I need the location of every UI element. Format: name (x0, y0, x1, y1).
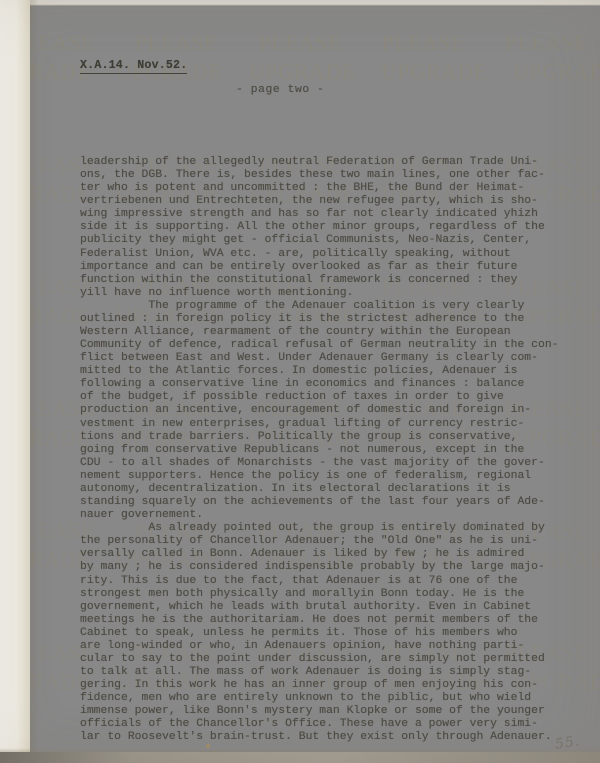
text-line: Western Alliance, rearmament of the coun… (80, 326, 585, 339)
text-line: tions and trade barriers. Politically th… (80, 431, 585, 444)
watermark-word: UPGRADE (513, 59, 600, 85)
text-line: autonomy, decentralization. In its elect… (80, 483, 585, 496)
text-line: Community of defence, radical refusal of… (80, 339, 585, 352)
text-line: following a conservative line in economi… (80, 378, 585, 391)
text-line: leadership of the allegedly neutral Fede… (80, 156, 585, 169)
document-reference: X.A.14. Nov.52. (80, 59, 187, 74)
text-line: production an incentive, encouragement o… (80, 404, 585, 417)
text-line: of the budget, if possible reduction of … (80, 391, 585, 404)
scanned-document-page: PLEASEPLEASEPLEASEPLEASEPLEASEUPGRADEUPG… (0, 0, 600, 763)
text-line: importance and can be entirely overlooke… (80, 261, 585, 274)
text-line: gering. In this work he has an inner gro… (80, 679, 585, 692)
watermark-word: PLEASE (505, 30, 588, 56)
text-line: Federalist Union, WVA etc. - are, politi… (80, 248, 585, 261)
text-line: officials of the Chancellor's Office. Th… (80, 718, 585, 731)
paper-crease (30, 0, 39, 753)
text-line: flict between East and West. Under Adena… (80, 352, 585, 365)
text-line: mitted to the Atlantic forces. In domest… (80, 365, 585, 378)
text-line: nauer governement. (80, 509, 585, 522)
watermark-word: UPGRADE (381, 59, 487, 85)
text-line: meetings he is the authoritariam. He doe… (80, 614, 585, 627)
text-line: rity. This is due to the fact, that Aden… (80, 575, 585, 588)
watermark-word: PLEASE (258, 30, 341, 56)
text-line: CDU - to all shades of Monarchists - the… (80, 457, 585, 470)
text-line: The programme of the Adenauer coalition … (80, 300, 585, 313)
text-line: As already pointed out, the group is ent… (80, 522, 585, 535)
text-line: wing impressive strength and has so far … (80, 208, 585, 221)
scan-edge-bottom (0, 752, 600, 763)
text-line: Cabinet to speak, unless he permits it. … (80, 627, 585, 640)
text-line: publicity they might get - official Comm… (80, 234, 585, 247)
watermark-word: PLEASE (382, 30, 465, 56)
text-line: vertriebenen und Entrechteten, the new r… (80, 195, 585, 208)
text-line: side it is supporting. All the other min… (80, 221, 585, 234)
text-line: fidence, men who are entirely unknown to… (80, 692, 585, 705)
scan-edge-left (0, 0, 30, 753)
text-line: outlined : in foreign policy it is the s… (80, 313, 585, 326)
text-line: vestment in new enterprises, gradual lif… (80, 418, 585, 431)
text-line: ter who is potent and uncommitted : the … (80, 182, 585, 195)
text-line: cular to say to the point under discussi… (80, 653, 585, 666)
watermark-word: UPGRADE (249, 59, 355, 85)
text-line: ons, the DGB. There is, besides these tw… (80, 169, 585, 182)
text-line: nement supporters. Hence the policy is o… (80, 470, 585, 483)
document-body: leadership of the allegedly neutral Fede… (80, 156, 585, 745)
text-line: are long-winded or who, in Adenauers opi… (80, 640, 585, 653)
text-line: going from conservative Republicans - no… (80, 444, 585, 457)
watermark-word: PLEASE (135, 30, 218, 56)
text-line: lar to Roosevelt's brain-trust. But they… (80, 731, 585, 744)
text-line: versally called in Bonn. Adenauer is lik… (80, 548, 585, 561)
paper-stain-speck (131, 367, 133, 369)
text-line: strongest men both physically and morall… (80, 588, 585, 601)
text-line: governement, which he leads with brutal … (80, 601, 585, 614)
page-label: - page two - (236, 84, 325, 96)
text-line: standing squarely on the achievements of… (80, 496, 585, 509)
text-line: function within the constitutional frame… (80, 274, 585, 287)
text-line: by many ; he is considered indispensible… (80, 561, 585, 574)
scan-edge-top (0, 0, 600, 6)
text-line: to talk at all. The mass of work Adenaue… (80, 666, 585, 679)
text-line: immense power, like Bonn's mystery man K… (80, 705, 585, 718)
text-line: yill have no influence worth mentioning. (80, 287, 585, 300)
text-line: the personality of Chancellor Adenauer; … (80, 535, 585, 548)
